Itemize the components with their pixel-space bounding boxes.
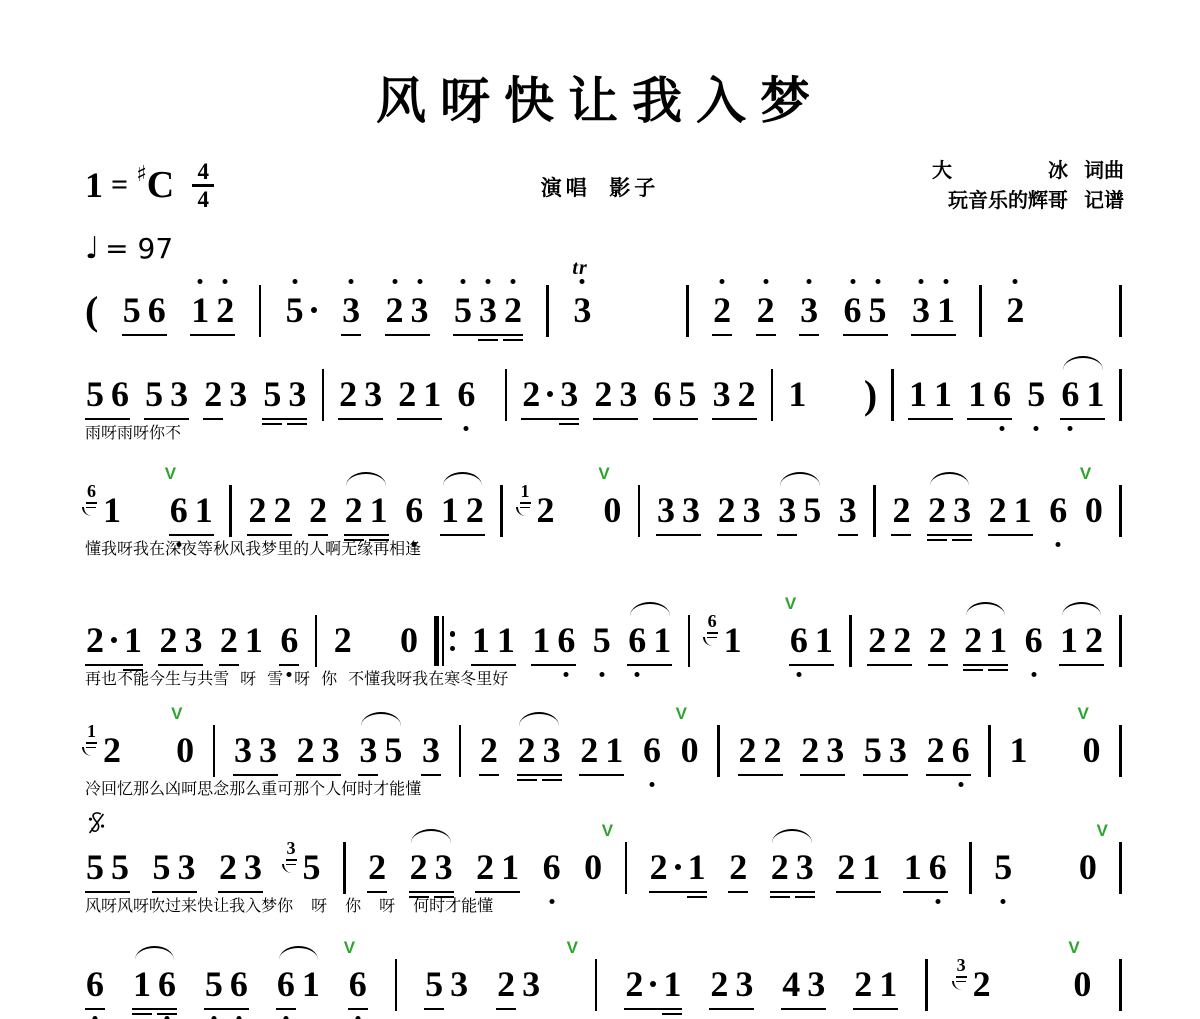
- breath-mark: V: [1096, 822, 1107, 839]
- note-group: 6: [1024, 618, 1044, 662]
- note: 2: [273, 488, 291, 532]
- time-signature-top: 4: [197, 160, 209, 183]
- notation-row: 21232162011165616161V22221612: [85, 618, 1122, 664]
- barline: [322, 369, 325, 421]
- note: 1: [532, 618, 550, 662]
- note-group: 21: [624, 962, 682, 1006]
- note-group: 6: [1048, 488, 1068, 532]
- note: 0: [1073, 962, 1091, 1006]
- note: 2: [522, 372, 540, 416]
- grace-note-digit: 6: [86, 481, 97, 504]
- barline: [988, 725, 991, 777]
- note-group: 2: [333, 618, 353, 662]
- note: 5: [803, 488, 821, 532]
- lyric-segment: 不: [348, 671, 364, 688]
- note: 2: [103, 728, 121, 772]
- composer-name-part2: 冰: [1048, 156, 1068, 186]
- lyric-segment: 寒冬: [444, 671, 476, 688]
- octave-dot-high: [807, 279, 812, 284]
- note-group: 23: [218, 845, 263, 889]
- note-group: 0V: [680, 728, 700, 772]
- note: 4: [782, 962, 800, 1006]
- lyric-segment: 今生: [149, 671, 181, 688]
- note: 3: [259, 728, 277, 772]
- note: 2: [345, 488, 363, 532]
- note: 0: [584, 845, 602, 889]
- lyrics-row: 雨呀雨呀你不: [85, 420, 1122, 450]
- octave-dot-high: [511, 279, 516, 284]
- note: 5: [205, 962, 223, 1006]
- grace-note-digit: 3: [956, 955, 967, 978]
- lyric-segment: 呵: [181, 781, 197, 798]
- note: 3: [573, 288, 591, 332]
- note: 2: [504, 288, 522, 332]
- note-group: 12: [190, 288, 235, 332]
- transcriber-role: 记谱: [1084, 186, 1124, 216]
- notation-line: 555323352232160V21223211650V风呀风呀吹过来快让我入梦…: [85, 845, 1122, 891]
- key-signature: 1 = ♯ C 4 4: [85, 160, 214, 211]
- note-group: 23: [296, 728, 341, 772]
- barline: [1119, 725, 1122, 777]
- note-group: 23: [385, 288, 430, 332]
- note: 2: [159, 618, 177, 662]
- transcriber-credit: 玩音乐的辉哥 记谱: [932, 186, 1124, 216]
- octave-dot-high: [943, 279, 948, 284]
- note: 5: [86, 845, 104, 889]
- barline: [395, 959, 398, 1011]
- note-underline-second: [478, 339, 498, 342]
- note-group: 32: [955, 962, 992, 1006]
- lyric-segment: 好: [492, 671, 508, 688]
- note-group: 2: [928, 618, 948, 662]
- note-group: 0V: [602, 488, 622, 532]
- note-group: 23: [800, 728, 845, 772]
- note: 3: [435, 845, 453, 889]
- note-group: 55: [85, 845, 130, 889]
- octave-dot-high: [763, 279, 768, 284]
- note-group: 6: [279, 618, 299, 662]
- note: 2: [476, 845, 494, 889]
- note: 3: [682, 488, 700, 532]
- note: 3: [889, 728, 907, 772]
- tie-arc: [279, 946, 319, 960]
- repeat-dot: [450, 646, 456, 652]
- note: 1: [195, 488, 213, 532]
- note: 2: [739, 728, 757, 772]
- notation-line: 61656616V5323V21234321320V: [85, 962, 1122, 1008]
- barline: [213, 725, 216, 777]
- note: 3: [342, 288, 360, 332]
- note-group: 32: [712, 372, 757, 416]
- note: 1: [862, 845, 880, 889]
- note-group: 2: [1005, 288, 1025, 332]
- note-group: 35: [777, 488, 822, 532]
- note: 3: [953, 488, 971, 532]
- note-group: 61: [85, 488, 122, 532]
- repeat-dots: [450, 631, 456, 651]
- note: 2: [216, 288, 234, 332]
- note: 1: [605, 728, 623, 772]
- note: 6: [654, 372, 672, 416]
- note: 5: [303, 845, 321, 889]
- notation-row: 5653235323216232365321)1116561: [85, 372, 1122, 418]
- lyric-segment: 那么: [229, 781, 261, 798]
- lyric-segment: 回忆: [101, 781, 133, 798]
- note-group: 23: [496, 962, 541, 1006]
- grace-hook: [516, 507, 526, 516]
- note-group: 23: [409, 845, 454, 889]
- note: 6: [790, 618, 808, 662]
- note-underline: [276, 1008, 296, 1011]
- lyric-segment: 可那: [277, 781, 309, 798]
- lyric-segment: 快让: [197, 898, 229, 915]
- grace-note-digit: 3: [286, 838, 297, 861]
- octave-dot-high: [875, 279, 880, 284]
- lyric-segment: 懂: [477, 898, 493, 915]
- tie-arc: [1063, 356, 1103, 370]
- tempo-marking: ♩ = 97: [85, 232, 173, 266]
- barline: [969, 842, 972, 894]
- note-group: 5: [1026, 372, 1046, 416]
- note: 3: [800, 288, 818, 332]
- lyric-segment: 我在: [412, 671, 444, 688]
- composer-role: 词曲: [1084, 156, 1124, 186]
- note-group: 6: [542, 845, 562, 889]
- note-group: 3: [799, 288, 819, 332]
- note-group: 53: [262, 372, 307, 416]
- note: 3: [178, 845, 196, 889]
- lyric-segment: 你呀你呀: [277, 898, 413, 915]
- barline: [259, 285, 262, 337]
- note: 3: [796, 845, 814, 889]
- note-group: 23: [717, 488, 762, 532]
- note: 2: [771, 845, 789, 889]
- note-group: 2: [756, 288, 776, 332]
- note: 6: [158, 962, 176, 1006]
- note: 5: [454, 288, 472, 332]
- barline: [979, 285, 982, 337]
- note-group: 43: [781, 962, 826, 1006]
- note-group: 22: [738, 728, 783, 772]
- lyric-segment: 才能: [373, 781, 405, 798]
- note: 0: [1079, 845, 1097, 889]
- note: 5: [153, 845, 171, 889]
- grace-note-digit: 1: [520, 481, 531, 504]
- note: 1: [370, 488, 388, 532]
- note-group: 2: [728, 845, 748, 889]
- note-group: 23: [517, 728, 562, 772]
- note: 2: [892, 488, 910, 532]
- lyric-segment: 共: [197, 671, 213, 688]
- close-paren: ): [864, 372, 877, 418]
- tie-arc: [361, 712, 401, 726]
- notation-line: 21232162011165616161V22221612再也不能今生与共雪呀雪…: [85, 618, 1122, 664]
- quarter-note-icon: ♩: [85, 232, 99, 266]
- lyric-segment: 等: [197, 541, 213, 558]
- barline: [638, 485, 641, 537]
- breath-mark: V: [567, 939, 578, 956]
- note: 2: [220, 618, 238, 662]
- grace-hook: [82, 747, 92, 756]
- credits-block: 大 冰 词曲 玩音乐的辉哥 记谱: [932, 156, 1124, 216]
- note: 0: [176, 728, 194, 772]
- note: 3: [619, 372, 637, 416]
- note-group: 53: [863, 728, 908, 772]
- note-underline: [424, 1008, 444, 1011]
- note: 2: [757, 288, 775, 332]
- lyric-segment: 风呀: [117, 898, 149, 915]
- barline: [1119, 369, 1122, 421]
- note: 1: [245, 618, 263, 662]
- lyric-segment: 懂: [364, 671, 380, 688]
- barline: [1119, 842, 1122, 894]
- note: 5: [593, 618, 611, 662]
- note: 6: [457, 372, 475, 416]
- note: 3: [450, 962, 468, 1006]
- note-underline-second: [503, 339, 523, 342]
- lyric-segment: 里: [476, 671, 492, 688]
- barline: [1119, 959, 1122, 1011]
- note: 2: [297, 728, 315, 772]
- note-group: 0V: [1084, 488, 1104, 532]
- lyric-segment: 我呀: [380, 671, 412, 688]
- note: 1: [989, 618, 1007, 662]
- note: 1: [124, 618, 142, 662]
- note-group: 23: [927, 488, 972, 532]
- note: 1: [937, 288, 955, 332]
- note: 0: [681, 728, 699, 772]
- note: 6: [557, 618, 575, 662]
- notation-row: 6161V22221612120V33233532232160V: [85, 488, 1122, 534]
- note-group: 6V: [348, 962, 368, 1006]
- note-group: 2: [891, 488, 911, 532]
- barline: [717, 725, 720, 777]
- lyric-segment: 秋: [213, 541, 229, 558]
- note: 6: [643, 728, 661, 772]
- note: 6: [349, 962, 367, 1006]
- tempo-value: = 97: [105, 232, 173, 266]
- composer-name-part1: 大: [932, 156, 952, 186]
- note-group: 2: [479, 728, 499, 772]
- note: 5: [679, 372, 697, 416]
- transcriber-name: 玩音乐的辉哥: [948, 186, 1068, 216]
- note: 5: [145, 372, 163, 416]
- note-group: 21: [344, 488, 389, 532]
- note: 1: [302, 962, 320, 1006]
- breath-mark: V: [165, 465, 176, 482]
- tie-arc: [135, 946, 175, 960]
- grace-note: 1: [86, 721, 97, 744]
- note: 5: [286, 288, 304, 332]
- tie-arc: [630, 602, 670, 616]
- note-group: 23: [593, 372, 638, 416]
- tie-arc: [519, 712, 559, 726]
- note: 6: [111, 372, 129, 416]
- note: 1: [191, 288, 209, 332]
- note: 6: [86, 962, 104, 1006]
- note: 6: [1061, 372, 1079, 416]
- note-group: 61V: [169, 488, 214, 532]
- lyric-segment: 冷: [85, 781, 101, 798]
- note: 2: [309, 488, 327, 532]
- note: 3: [912, 288, 930, 332]
- note: 2: [718, 488, 736, 532]
- lyric-segment: 凶: [165, 781, 181, 798]
- note-group: 12: [519, 488, 556, 532]
- barline: [891, 369, 894, 421]
- notation-line: (561253235323tr22365312: [85, 288, 1122, 334]
- octave-dot-high: [461, 279, 466, 284]
- note: 2: [580, 728, 598, 772]
- note: 2: [518, 728, 536, 772]
- note: 3: [322, 728, 340, 772]
- note-group: 56: [85, 372, 130, 416]
- note-group: 0V: [1082, 728, 1102, 772]
- note-group: 21: [649, 845, 707, 889]
- note-group: 23: [338, 372, 383, 416]
- note: 5: [869, 288, 887, 332]
- note-group: 23: [770, 845, 815, 889]
- lyric-segment: 与: [181, 671, 197, 688]
- note-group: 16: [967, 372, 1012, 416]
- note: 2: [837, 845, 855, 889]
- barline: [546, 285, 549, 337]
- repeat-thin-bar: [442, 616, 444, 666]
- note-group: 3: [838, 488, 858, 532]
- note-group: 22: [867, 618, 912, 662]
- note-group: 21: [219, 618, 264, 662]
- note-group: 6: [642, 728, 662, 772]
- note-group: 33: [233, 728, 278, 772]
- note: 2: [868, 618, 886, 662]
- repeat-dot: [450, 631, 456, 637]
- note: 2: [86, 618, 104, 662]
- barline: [625, 842, 628, 894]
- note: 1: [423, 372, 441, 416]
- note-group: 2: [367, 845, 387, 889]
- note-group: 21: [85, 618, 143, 662]
- lyric-segment: 才能: [445, 898, 477, 915]
- lyric-segment: 也: [101, 671, 117, 688]
- notation-row: (561253235323tr22365312: [85, 288, 1122, 334]
- note: 2: [964, 618, 982, 662]
- lyrics-row: 懂我呀我在深夜等秋风我梦里的人啊无缘再相逢: [85, 536, 1122, 566]
- lyric-segment: 懂: [405, 781, 421, 798]
- lyric-segment: 那么: [133, 781, 165, 798]
- barline: [595, 959, 598, 1011]
- note: 3: [778, 488, 796, 532]
- note: 3: [743, 488, 761, 532]
- lyric-segment: 思念: [197, 781, 229, 798]
- breath-mark: V: [1068, 939, 1079, 956]
- lyric-segment: 雪呀雪呀你: [213, 671, 348, 688]
- note-group: 12: [1059, 618, 1104, 662]
- sharp-icon: ♯: [136, 164, 147, 186]
- tie-arc: [930, 472, 970, 486]
- lyric-segment: 何时: [341, 781, 373, 798]
- note: 5: [111, 845, 129, 889]
- song-title: 风呀快让我入梦: [0, 72, 1200, 130]
- repeat-open: [434, 616, 455, 666]
- tie-arc: [346, 472, 386, 486]
- barline: [771, 369, 774, 421]
- note-group: 0V: [583, 845, 603, 889]
- note-group: 31: [911, 288, 956, 332]
- augmentation-dot: [111, 637, 117, 643]
- breath-mark: V: [344, 939, 355, 956]
- note: 6: [405, 488, 423, 532]
- grace-note: 3: [956, 955, 967, 978]
- note: 6: [170, 488, 188, 532]
- open-paren: (: [85, 288, 98, 334]
- note: 2: [764, 728, 782, 772]
- lyric-segment: 懂: [85, 541, 101, 558]
- note: 2: [410, 845, 428, 889]
- note-group: 1: [1008, 728, 1028, 772]
- note: 6: [280, 618, 298, 662]
- lyric-segment: 何时: [413, 898, 445, 915]
- grace-note: 6: [86, 481, 97, 504]
- note-group: 5: [592, 618, 612, 662]
- note-group: 21: [579, 728, 624, 772]
- note: 6: [952, 728, 970, 772]
- note: 3: [234, 728, 252, 772]
- note: 5: [86, 372, 104, 416]
- note: 1: [133, 962, 151, 1006]
- lyric-segment: 来: [181, 898, 197, 915]
- note-group: 61V: [789, 618, 834, 662]
- lyric-segment: 风呀: [85, 898, 117, 915]
- note: 2: [710, 962, 728, 1006]
- note: 3: [479, 288, 497, 332]
- barline: [1119, 285, 1122, 337]
- note: 0: [1083, 728, 1101, 772]
- note: 1: [497, 618, 515, 662]
- note: 1: [1009, 728, 1027, 772]
- barline: [686, 285, 689, 337]
- note: 3: [543, 728, 561, 772]
- note: 2: [927, 728, 945, 772]
- note-group: 61: [706, 618, 743, 662]
- note: 2: [893, 618, 911, 662]
- octave-dot-high: [918, 279, 923, 284]
- augmentation-dot: [311, 307, 317, 313]
- octave-dot-high: [720, 279, 725, 284]
- note-group: 5: [285, 288, 318, 332]
- note-group: 0V: [175, 728, 195, 772]
- octave-dot-high: [349, 279, 354, 284]
- tie-arc: [780, 472, 820, 486]
- note: 6: [148, 288, 166, 332]
- composer-credit: 大 冰 词曲: [932, 156, 1124, 186]
- note: 2: [248, 488, 266, 532]
- note-group: 16: [132, 962, 177, 1006]
- note-group: 21: [988, 488, 1033, 532]
- octave-dot-high: [417, 279, 422, 284]
- note: 6: [628, 618, 646, 662]
- note-group: 21: [836, 845, 881, 889]
- note-group: 21: [397, 372, 442, 416]
- note: 2: [466, 488, 484, 532]
- notation-row: 555323352232160V21223211650V: [85, 845, 1122, 891]
- note-group: 61: [276, 962, 321, 1006]
- lyric-segment: 再: [85, 671, 101, 688]
- note: 1: [501, 845, 519, 889]
- breath-mark: V: [1078, 705, 1089, 722]
- note: 2: [989, 488, 1007, 532]
- note: 2: [973, 962, 991, 1006]
- note-group: 1: [787, 372, 807, 416]
